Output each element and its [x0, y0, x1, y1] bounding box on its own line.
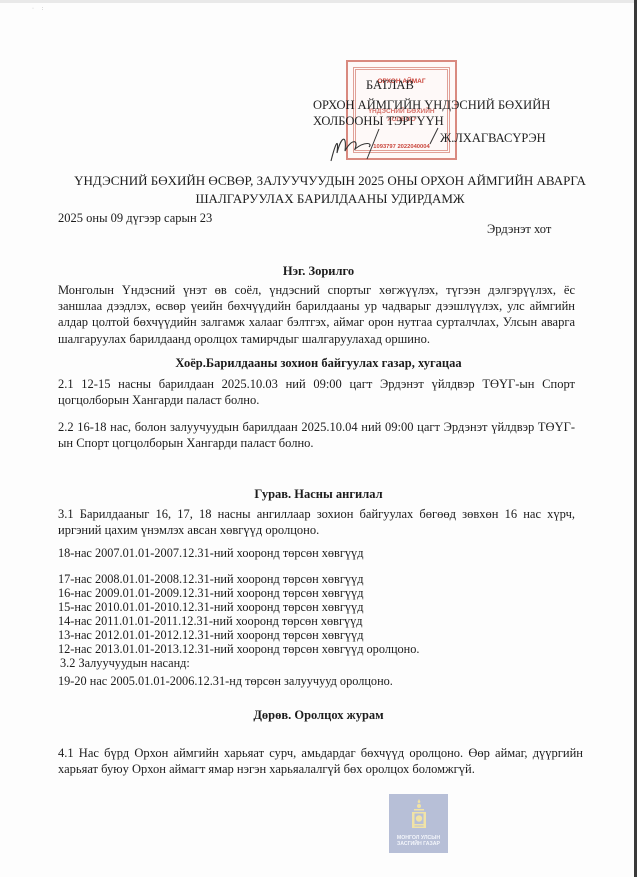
age-group-item: 12-нас 2013.01.01-2013.12.31-ний хооронд… — [58, 642, 420, 657]
signature-icon — [325, 125, 405, 165]
approval-signatory: Ж.ЛХАГВАСҮРЭН — [440, 131, 546, 146]
soyombo-icon — [409, 799, 429, 831]
document-place: Эрдэнэт хот — [487, 222, 551, 237]
approval-org-line1: ОРХОН АЙМГИЙН ҮНДЭСНИЙ БӨХИЙН — [313, 98, 550, 113]
age-group-item: 13-нас 2012.01.01-2012.12.31-ний хооронд… — [58, 628, 363, 643]
section-2-heading: Хоёр.Барилдааны зохион байгуулах газар, … — [0, 356, 637, 371]
government-logo: МОНГОЛ УЛСЫН ЗАСГИЙН ГАЗАР — [389, 794, 448, 853]
age-group-item: 18-нас 2007.01.01-2007.12.31-ний хооронд… — [58, 546, 363, 561]
signature-slash-icon — [428, 126, 440, 146]
section-1-heading: Нэг. Зорилго — [0, 264, 637, 279]
age-group-item: 17-нас 2008.01.01-2008.12.31-ний хооронд… — [58, 572, 363, 587]
section-4-heading: Дөрөв. Оролцох журам — [0, 708, 637, 723]
document-date: 2025 оны 09 дүгээр сарын 23 — [58, 211, 212, 226]
document-title-line2: ШАЛГАРУУЛАХ БАРИЛДААНЫ УДИРДАМЖ — [60, 190, 600, 208]
youth-age-line: 19-20 нас 2005.01.01-2006.12.31-нд төрсө… — [58, 674, 393, 689]
document-title-line1: ҮНДЭСНИЙ БӨХИЙН ӨСВӨР, ЗАЛУУЧУУДЫН 2025 … — [60, 172, 600, 190]
age-group-item: 14-нас 2011.01.01-2011.12.31-ний хооронд… — [58, 614, 363, 629]
section-4-paragraph: 4.1 Нас бүрд Орхон аймгийн харьяат сурч,… — [58, 745, 583, 777]
section-3-paragraph: 3.1 Барилдааныг 16, 17, 18 насны ангилла… — [58, 506, 575, 538]
logo-text-line2: ЗАСГИЙН ГАЗАР — [389, 841, 448, 847]
section-1-paragraph: Монголын Үндэсний үнэт өв соёл, үндэсний… — [58, 282, 575, 347]
section-2-paragraph-1: 2.1 12-15 насны барилдаан 2025.10.03 ний… — [58, 376, 575, 408]
page-top-edge — [0, 0, 637, 3]
section-2-paragraph-2: 2.2 16-18 нас, болон залуучуудын барилда… — [58, 419, 575, 451]
age-group-item: 15-нас 2010.01.01-2010.12.31-ний хооронд… — [58, 600, 363, 615]
youth-label: 3.2 Залуучуудын насанд: — [60, 656, 190, 671]
section-3-heading: Гурав. Насны ангилал — [0, 487, 637, 502]
age-group-item: 16-нас 2009.01.01-2009.12.31-ний хооронд… — [58, 586, 363, 601]
approval-label: БАТЛАВ — [366, 78, 414, 93]
scan-mark: · : — [32, 6, 43, 12]
